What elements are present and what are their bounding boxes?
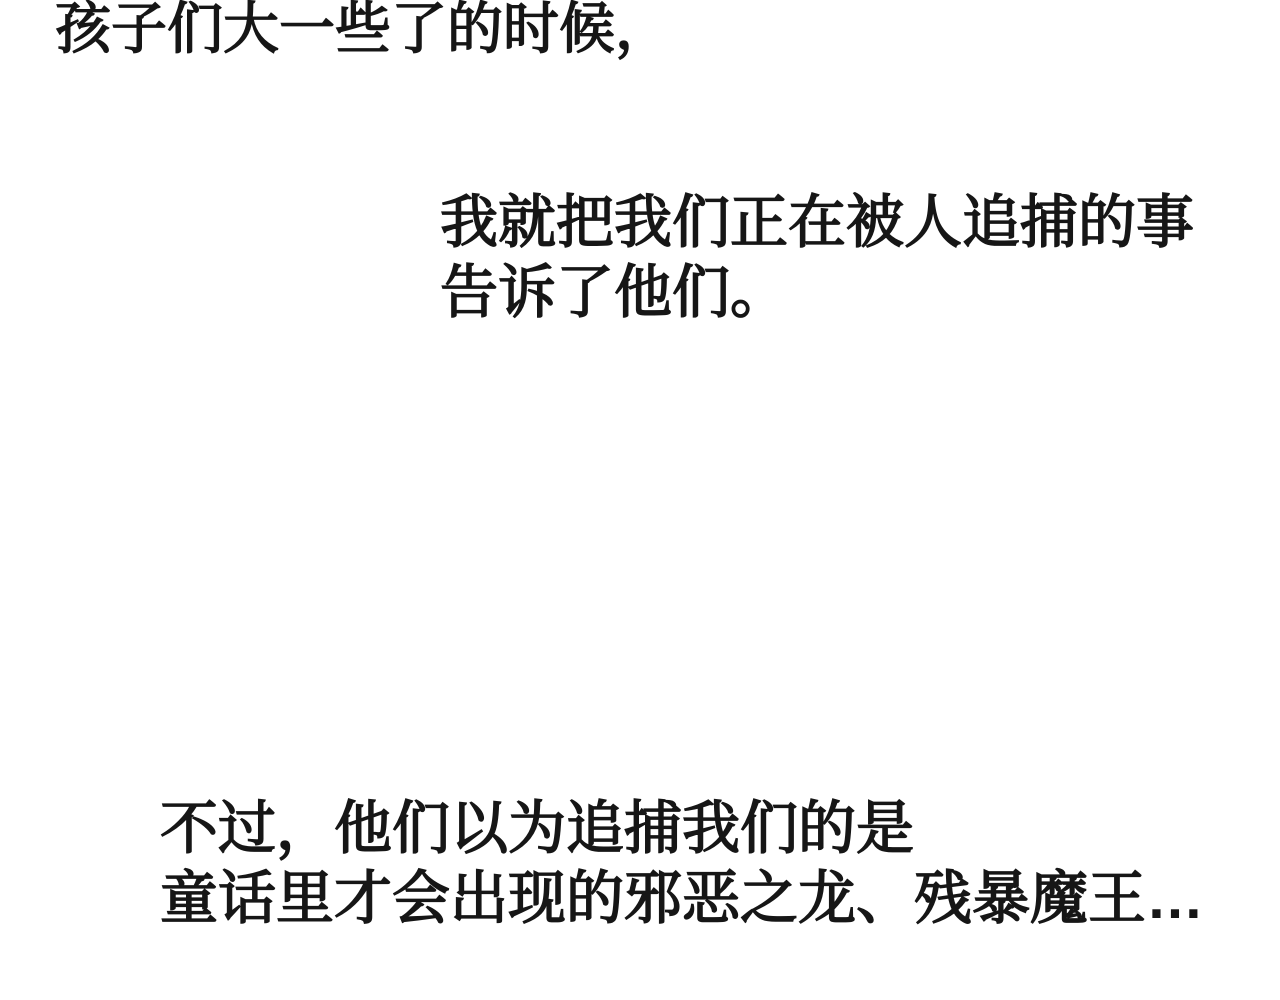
narration-line: 告诉了他们。: [440, 258, 1194, 328]
narration-line: 童话里才会出现的邪恶之龙、残暴魔王…: [160, 864, 1204, 934]
narration-block-top: 孩子们大一些了的时候，: [55, 0, 671, 64]
narration-line: 孩子们大一些了的时候，: [55, 0, 671, 64]
comic-page-background: 孩子们大一些了的时候， 我就把我们正在被人追捕的事 告诉了他们。 不过，他们以为…: [0, 0, 1280, 1000]
narration-block-bottom: 不过，他们以为追捕我们的是 童话里才会出现的邪恶之龙、残暴魔王…: [160, 794, 1204, 934]
narration-line: 不过，他们以为追捕我们的是: [160, 794, 1204, 864]
narration-block-middle: 我就把我们正在被人追捕的事 告诉了他们。: [440, 188, 1194, 328]
narration-line: 我就把我们正在被人追捕的事: [440, 188, 1194, 258]
